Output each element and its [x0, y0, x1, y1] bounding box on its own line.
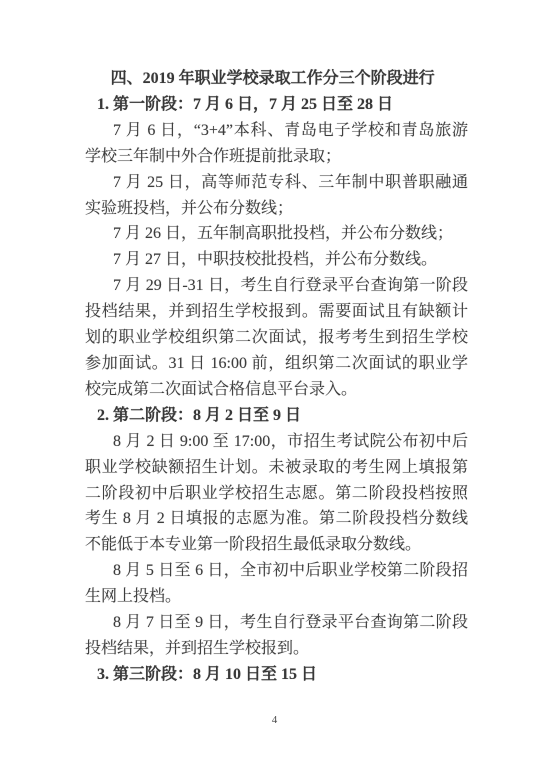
paragraph-july-29-31: 7 月 29 日-31 日，考生自行登录平台查询第一阶段投档结果，并到招生学校报…: [85, 273, 468, 403]
paragraph-july-6: 7 月 6 日，“3+4”本科、青岛电子学校和青岛旅游学校三年制中外合作班提前批…: [85, 118, 468, 170]
paragraph-july-26: 7 月 26 日，五年制高职批投档，并公布分数线；: [85, 221, 468, 247]
page-number: 4: [0, 714, 549, 726]
section-title: 四、2019 年职业学校录取工作分三个阶段进行: [85, 66, 468, 92]
paragraph-july-25: 7 月 25 日，高等师范专科、三年制中职普职融通实验班投档，并公布分数线；: [85, 170, 468, 222]
document-body: 四、2019 年职业学校录取工作分三个阶段进行 1. 第一阶段：7 月 6 日，…: [85, 66, 468, 688]
document-page: 四、2019 年职业学校录取工作分三个阶段进行 1. 第一阶段：7 月 6 日，…: [0, 0, 549, 777]
paragraph-aug-5-6: 8 月 5 日至 6 日，全市初中后职业学校第二阶段招生网上投档。: [85, 558, 468, 610]
paragraph-aug-2: 8 月 2 日 9:00 至 17:00，市招生考试院公布初中后职业学校缺额招生…: [85, 429, 468, 559]
paragraph-aug-7-9: 8 月 7 日至 9 日，考生自行登录平台查询第二阶段投档结果，并到招生学校报到…: [85, 610, 468, 662]
stage-2-heading: 2. 第二阶段：8 月 2 日至 9 日: [85, 403, 468, 429]
stage-1-heading: 1. 第一阶段：7 月 6 日，7 月 25 日至 28 日: [85, 92, 468, 118]
stage-3-heading: 3. 第三阶段：8 月 10 日至 15 日: [85, 662, 468, 688]
paragraph-july-27: 7 月 27 日，中职技校批投档，并公布分数线。: [85, 247, 468, 273]
